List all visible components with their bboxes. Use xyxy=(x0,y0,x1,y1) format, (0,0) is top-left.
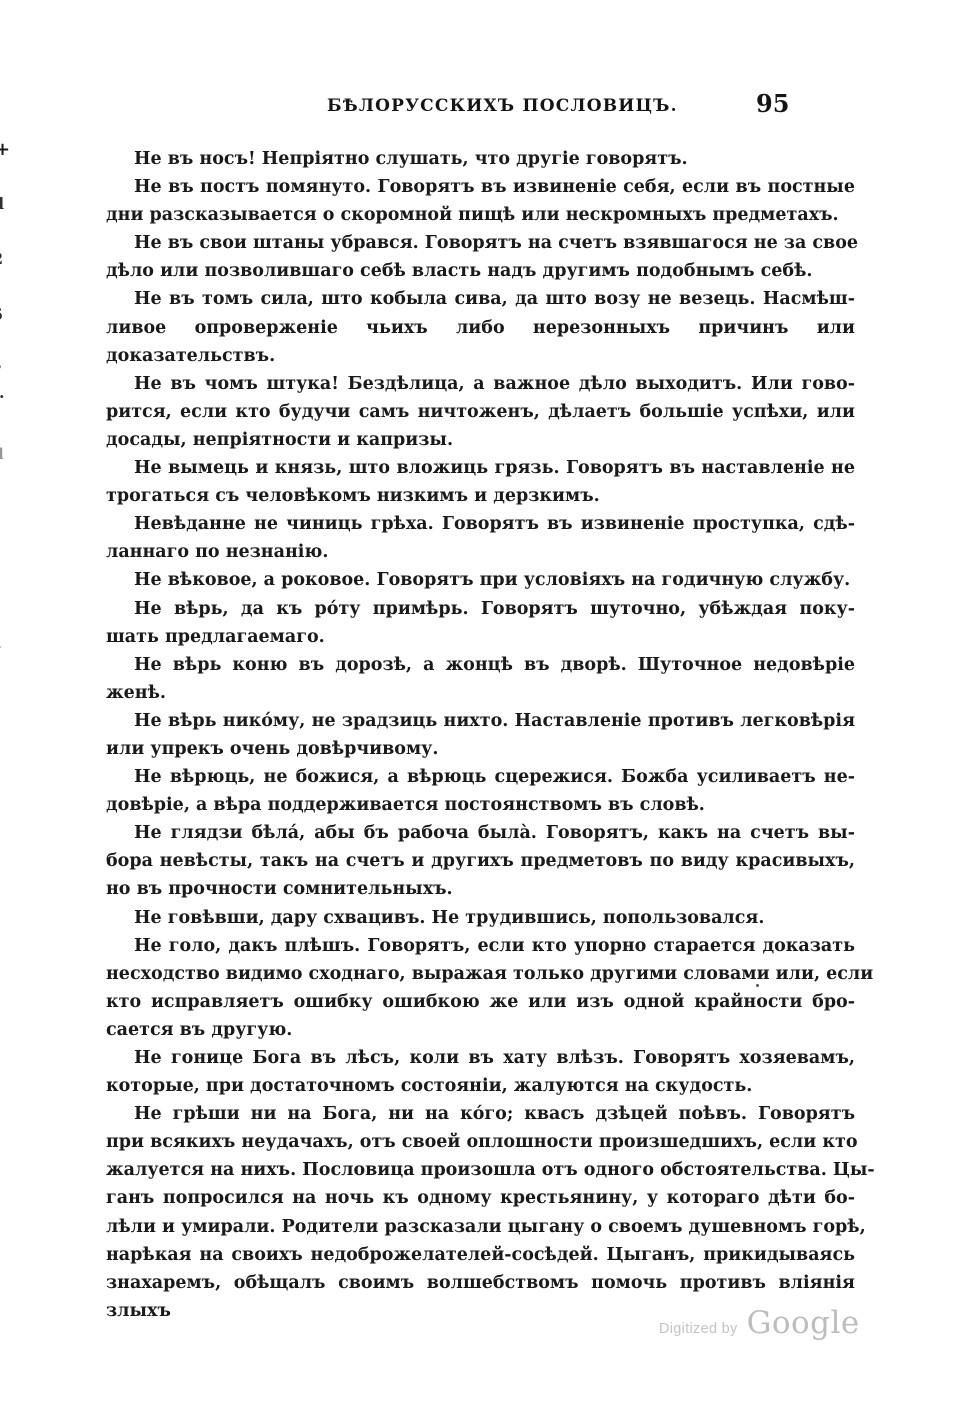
paragraph: Не вѣрюць, не божися, а вѣрюць сцережися… xyxy=(106,763,855,819)
paragraph: Не вѣрь нико́му, не зрадзиць нихто. Наст… xyxy=(106,707,855,763)
paragraph: Не вѣковое, а роковое. Говорятъ при усло… xyxy=(106,566,855,594)
running-header-title: БѢЛОРУССКИХЪ ПОСЛОВИЦЪ. xyxy=(327,96,678,116)
text-line: бора невѣсты, такъ на счетъ и другихъ пр… xyxy=(106,847,855,875)
scan-edge-artifact: 2 xyxy=(0,251,3,267)
text-line: Не гонице Бога въ лѣсъ, коли въ хату влѣ… xyxy=(106,1044,855,1072)
paragraph: Не въ постъ помянуто. Говорятъ въ извине… xyxy=(106,173,855,229)
text-line: ливое опроверженіе чьихъ либо нерезонных… xyxy=(106,314,855,370)
paragraph: Не глядзи бѣла́, абы бъ рабоча была̀. Го… xyxy=(106,819,855,903)
paragraph: Не грѣши ни на Бога, ни на ко́го; квасъ … xyxy=(106,1100,855,1325)
text-line: сается въ другую. xyxy=(106,1016,855,1044)
text-line: Невѣданне не чиниць грѣха. Говорятъ въ и… xyxy=(106,510,855,538)
text-line: дѣло или позволившаго себѣ власть надъ д… xyxy=(106,257,855,285)
text-line: Не вѣковое, а роковое. Говорятъ при усло… xyxy=(106,566,855,594)
paragraph: Не вымець и князь, што вложиць грязь. Го… xyxy=(106,454,855,510)
text-line: но въ прочности сомнительныхъ. xyxy=(106,875,855,903)
paragraph: Невѣданне не чиниць грѣха. Говорятъ въ и… xyxy=(106,510,855,566)
digitized-by-label: Digitized by xyxy=(659,1321,738,1337)
text-line: кто исправляетъ ошибку ошибкою же или из… xyxy=(106,988,855,1016)
paragraph: Не въ носъ! Непріятно слушать, что другі… xyxy=(106,145,855,173)
scan-edge-artifact: . xyxy=(0,385,5,401)
text-line: Не глядзи бѣла́, абы бъ рабоча была̀. Го… xyxy=(106,819,855,847)
text-line: которые, при достаточномъ состояніи, жал… xyxy=(106,1072,855,1100)
text-line: при всякихъ неудачахъ, отъ своей оплошно… xyxy=(106,1128,855,1156)
text-line: Не грѣши ни на Бога, ни на ко́го; квасъ … xyxy=(106,1100,855,1128)
paragraph: Не въ свои штаны убрався. Говорятъ на сч… xyxy=(106,229,855,285)
text-line: Не въ томъ сила, што кобыла сива, да што… xyxy=(106,285,855,313)
text-line: жалуется на нихъ. Пословица произошла от… xyxy=(106,1156,855,1184)
text-line: ланнаго по незнанію. xyxy=(106,538,855,566)
text-line: Не въ свои штаны убрався. Говорятъ на сч… xyxy=(106,229,855,257)
ink-speck xyxy=(756,984,759,987)
scan-edge-artifact: ? xyxy=(0,362,1,378)
text-line: довѣріе, а вѣра поддерживается постоянст… xyxy=(106,791,855,819)
scanned-book-page: БѢЛОРУССКИХЪ ПОСЛОВИЦЪ. 95 Не въ носъ! Н… xyxy=(0,0,960,1406)
text-line: Не въ постъ помянуто. Говорятъ въ извине… xyxy=(106,173,855,201)
text-line: женѣ. xyxy=(106,679,855,707)
page-body: Не въ носъ! Непріятно слушать, что другі… xyxy=(106,145,855,1325)
google-logo: Google xyxy=(747,1305,860,1341)
text-line: рится, если кто будучи самъ ничтоженъ, д… xyxy=(106,398,855,426)
paragraph: Не говѣвши, дару схвацивъ. Не трудившись… xyxy=(106,904,855,932)
paragraph: Не голо, дакъ плѣшъ. Говорятъ, если кто … xyxy=(106,932,855,1044)
text-line: Не голо, дакъ плѣшъ. Говорятъ, если кто … xyxy=(106,932,855,960)
text-line: дни разсказывается о скоромной пищѣ или … xyxy=(106,201,855,229)
google-watermark: Digitized by Google xyxy=(659,1305,860,1341)
scan-edge-artifact: l xyxy=(0,196,4,212)
text-line: несходство видимо сходнаго, выражая толь… xyxy=(106,960,855,988)
scan-edge-artifact: - xyxy=(0,640,2,654)
scan-edge-artifact: l xyxy=(0,447,4,462)
text-line: ганъ попросился на ночь къ одному кресть… xyxy=(106,1184,855,1212)
text-line: лѣли и умирали. Родители разсказали цыга… xyxy=(106,1213,855,1241)
text-line: Не въ чомъ штука! Бездѣлица, а важное дѣ… xyxy=(106,370,855,398)
text-line: Не вѣрь, да къ ро́ту примѣрь. Говорятъ ш… xyxy=(106,595,855,623)
text-line: трогаться съ человѣкомъ низкимъ и дерзки… xyxy=(106,482,855,510)
text-line: Не вѣрюць, не божися, а вѣрюць сцережися… xyxy=(106,763,855,791)
scan-edge-artifact: + xyxy=(0,141,10,159)
paragraph: Не гонице Бога въ лѣсъ, коли въ хату влѣ… xyxy=(106,1044,855,1100)
text-line: нарѣкая на своихъ недоброжелателей-сосѣд… xyxy=(106,1241,855,1269)
paragraph: Не въ томъ сила, што кобыла сива, да што… xyxy=(106,285,855,369)
paragraph: Не вѣрь коню въ дорозѣ, а жонцѣ въ дворѣ… xyxy=(106,651,855,707)
text-line: или упрекъ очень довѣрчивому. xyxy=(106,735,855,763)
text-line: Не вымець и князь, што вложиць грязь. Го… xyxy=(106,454,855,482)
text-line: Не вѣрь нико́му, не зрадзиць нихто. Наст… xyxy=(106,707,855,735)
scan-edge-artifact: 5 xyxy=(0,307,3,323)
text-line: Не вѣрь коню въ дорозѣ, а жонцѣ въ дворѣ… xyxy=(106,651,855,679)
text-line: досады, непріятности и капризы. xyxy=(106,426,855,454)
paragraph: Не въ чомъ штука! Бездѣлица, а важное дѣ… xyxy=(106,370,855,454)
text-line: Не говѣвши, дару схвацивъ. Не трудившись… xyxy=(106,904,855,932)
page-number: 95 xyxy=(756,89,789,118)
text-line: Не въ носъ! Непріятно слушать, что другі… xyxy=(106,145,855,173)
text-line: шать предлагаемаго. xyxy=(106,623,855,651)
paragraph: Не вѣрь, да къ ро́ту примѣрь. Говорятъ ш… xyxy=(106,595,855,651)
